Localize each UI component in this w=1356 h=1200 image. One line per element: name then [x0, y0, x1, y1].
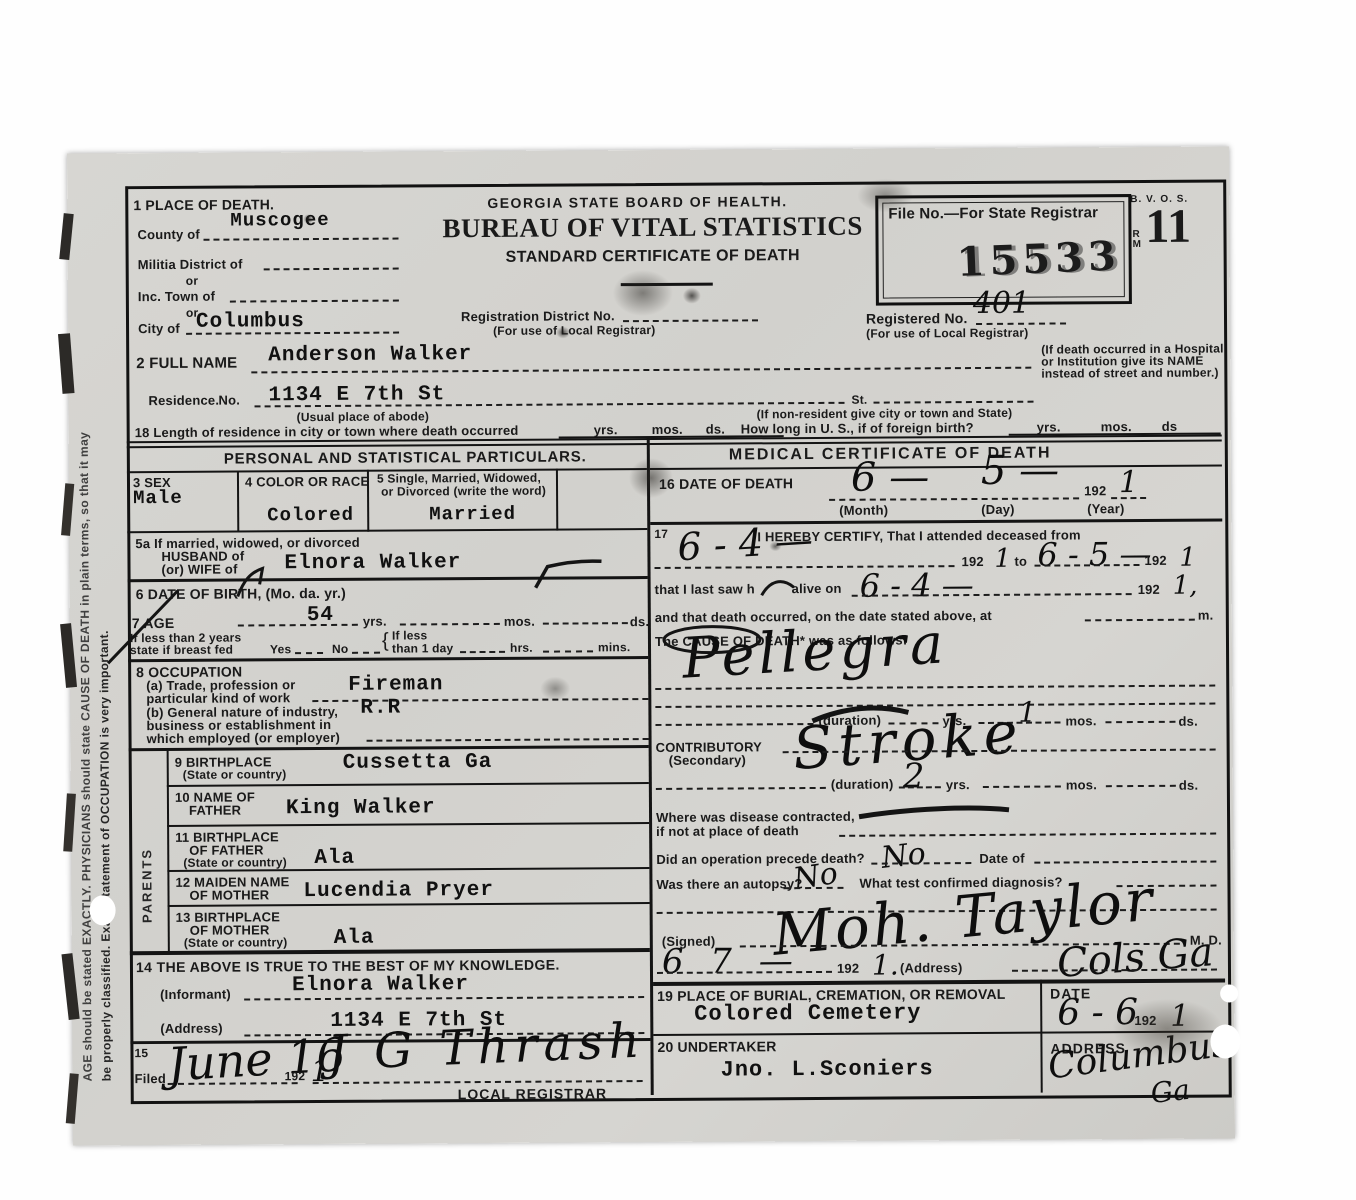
st-label: St. — [851, 393, 867, 407]
s15-num: 15 — [134, 1046, 148, 1060]
burial-date-hand: 6 - 6 — [1057, 992, 1138, 1033]
full-name-label: 2 FULL NAME — [136, 355, 237, 373]
paper-tear — [1220, 984, 1238, 1002]
registration-district-label: Registration District No. — [461, 308, 615, 324]
age-yrs-label: yrs. — [363, 614, 387, 629]
where-line2: if not at place of death — [656, 823, 799, 839]
occ-b-value: R.R — [360, 697, 401, 720]
edge-mark — [60, 623, 77, 688]
age-ds-label: ds. — [630, 614, 649, 629]
row18-ds: ds. — [706, 422, 725, 437]
file-no-label: File No.—For State Registrar — [888, 204, 1098, 222]
standard-title: STANDARD CERTIFICATE OF DEATH — [506, 247, 800, 267]
s20-label: 20 UNDERTAKER — [657, 1038, 776, 1055]
row18-yrs: yrs. — [594, 422, 618, 437]
county-label: County of — [137, 227, 200, 242]
occ-b-line3: which employed (or employer) — [147, 730, 341, 746]
p9-value: Cussetta Ga — [343, 751, 493, 775]
row18-mos: mos. — [652, 422, 683, 437]
residence-no-label: No. — [218, 393, 240, 408]
margin-note-inner: be properly classified. Exact statement … — [94, 201, 113, 1081]
ifless-line2: than 1 day — [392, 641, 453, 655]
lastsaw-year-print: 192 — [1138, 582, 1160, 597]
dur2-ds-label: ds. — [1179, 778, 1198, 793]
p10-label2: FATHER — [189, 803, 241, 818]
registered-no-label: Registered No. — [866, 310, 968, 327]
undertaker-address-line2: Ga — [1149, 1073, 1191, 1110]
residence-label: Residence. — [148, 393, 219, 408]
s16-label: 16 DATE OF DEATH — [659, 475, 793, 492]
or-label-1: or — [186, 274, 198, 288]
to-year-hand: 1 — [1179, 543, 1196, 573]
death-month-hand: 6 — — [851, 454, 929, 500]
p13-label3: (State or country) — [184, 935, 288, 950]
dur2-mos-label: mos. — [1066, 777, 1097, 792]
s5a-line3: (or) WIFE of — [161, 562, 237, 577]
paper-tear — [1210, 1024, 1240, 1058]
sign-date-hand: 6 7 — — [662, 941, 801, 982]
edge-mark — [61, 953, 79, 1020]
abode-note: (Usual place of abode) — [297, 409, 430, 424]
city-label: City of — [138, 321, 180, 336]
howlong-mos: mos. — [1101, 419, 1132, 434]
breastfed-yes-label: Yes — [270, 642, 291, 656]
burial-year-print: 192 — [1134, 1013, 1156, 1028]
from-year-hand: 1 — [994, 544, 1011, 574]
breastfed-line2: state if breast fed — [130, 643, 233, 658]
inc-town-label: Inc. Town of — [138, 289, 215, 304]
county-value: Muscogee — [230, 209, 329, 232]
edge-mark — [63, 793, 76, 851]
file-no-stamp: 15533 — [956, 232, 1122, 286]
death-day-hand: 5 — — [981, 448, 1059, 494]
nonresident-note: (If non-resident give city or town and S… — [757, 406, 1013, 422]
p11-value: Ala — [314, 847, 355, 870]
parents-label: PARENTS — [139, 763, 155, 923]
dur2-yrs-label: yrs. — [946, 777, 970, 792]
edge-mark — [58, 333, 75, 394]
age-label: 7 AGE — [132, 615, 175, 631]
age-mos-label: mos. — [504, 614, 535, 629]
filed-label: Filed — [135, 1071, 166, 1086]
sex-value: Male — [133, 487, 183, 509]
dur1-ds-label: ds. — [1178, 714, 1197, 729]
edge-mark — [66, 1073, 79, 1124]
attended-to-hand: 6 - 5 — — [1037, 535, 1151, 574]
informant-label: (Informant) — [160, 987, 231, 1002]
breastfed-no-label: No — [332, 642, 348, 656]
lastsaw-label: that I last saw h — [655, 581, 755, 597]
lastsaw-date-hand: 6 - 4 — — [860, 566, 974, 605]
to-label: to — [1014, 554, 1027, 569]
hrs-label: hrs. — [510, 641, 533, 655]
autopsy-label: Was there an autopsy? — [656, 876, 802, 892]
dur1-mos-label: mos. — [1065, 713, 1096, 728]
death-year-hand: 1 — [1119, 465, 1138, 500]
occ-a-value: Fireman — [348, 673, 443, 697]
mins-label: mins. — [598, 640, 630, 654]
row18-label: 18 Length of residence in city or town w… — [135, 423, 519, 440]
p12-label2: OF MOTHER — [189, 887, 269, 902]
militia-district-label: Militia District of — [138, 256, 243, 272]
sign-year-print: 192 — [837, 961, 859, 976]
year-caption: (Year) — [1087, 501, 1124, 516]
registration-district-note: (For use of Local Registrar) — [493, 323, 655, 338]
howlong-yrs: yrs. — [1037, 419, 1061, 434]
death-year-print: 192 — [1084, 483, 1106, 498]
color-race-label: 4 COLOR OR RACE — [245, 474, 369, 490]
brace-glyph: { — [382, 630, 389, 653]
m-label: m. — [1198, 608, 1214, 623]
contrib-duration-yrs-hand: 2 — [903, 756, 925, 796]
attended-from-hand: 6 - 4 — — [676, 518, 814, 570]
local-registrar-label: LOCAL REGISTRAR — [458, 1085, 607, 1102]
form-letter-m: M — [1133, 239, 1142, 250]
howlong-label: How long in U. S., if of foreign birth? — [741, 420, 974, 436]
burial-value: Colored Cemetery — [694, 1000, 921, 1026]
p9-label2: (State or country) — [183, 767, 287, 782]
autopsy-value-hand: No — [791, 856, 840, 897]
board-title: GEORGIA STATE BOARD OF HEALTH. — [487, 193, 787, 211]
edge-mark — [61, 483, 74, 536]
to-year-print: 192 — [1144, 553, 1166, 568]
month-caption: (Month) — [839, 503, 888, 518]
edge-mark — [59, 213, 73, 260]
p11-label3: (State or country) — [183, 855, 287, 870]
marital-value: Married — [429, 503, 516, 526]
full-name-value: Anderson Walker — [268, 343, 472, 367]
scanned-death-certificate: AGE should be stated EXACTLY. PHYSICIANS… — [0, 0, 1356, 1200]
p12-value: Lucendia Pryer — [303, 879, 494, 903]
sign-year-hand: 1. — [872, 948, 899, 981]
certificate-paper: AGE should be stated EXACTLY. PHYSICIANS… — [67, 146, 1235, 1145]
dateof-label: Date of — [979, 851, 1025, 866]
informant-address-label: (Address) — [160, 1021, 223, 1036]
p13-value: Ala — [334, 927, 375, 950]
spouse-value: Elnora Walker — [284, 551, 461, 575]
sign-address-label: (Address) — [900, 960, 963, 975]
paper-hole — [90, 895, 116, 925]
alive-label: alive on — [792, 581, 842, 596]
marital-label-2: or Divorced (write the word) — [381, 484, 546, 499]
undertaker-value: Jno. L.Sconiers — [721, 1056, 934, 1082]
hospital-note: (If death occurred in a Hospital or Inst… — [1041, 342, 1229, 379]
secondary-label: (Secondary) — [669, 752, 746, 767]
day-caption: (Day) — [981, 502, 1015, 517]
registered-no-value: 401 — [973, 286, 1030, 321]
filed-year-print: 192 — [285, 1069, 306, 1083]
s14-title: 14 THE ABOVE IS TRUE TO THE BEST OF MY K… — [136, 957, 560, 976]
s17-num: 17 — [654, 527, 668, 541]
duration-label-2: (duration) — [831, 777, 894, 792]
informant-value: Elnora Walker — [292, 973, 469, 997]
margin-note-outer: AGE should be stated EXACTLY. PHYSICIANS… — [75, 201, 94, 1081]
dob-label: 6 DATE OF BIRTH, (Mo. da. yr.) — [136, 585, 346, 602]
lastsaw-year-hand: 1, — [1173, 571, 1198, 601]
registered-no-note: (For use of Local Registrar) — [866, 326, 1028, 341]
personal-section-title: PERSONAL AND STATISTICAL PARTICULARS. — [224, 448, 587, 467]
form-number: 11 — [1145, 199, 1191, 254]
operation-value-hand: No — [879, 836, 927, 876]
color-race-value: Colored — [267, 504, 354, 527]
city-value: Columbus — [196, 310, 305, 334]
p10-value: King Walker — [286, 796, 436, 820]
bureau-title: BUREAU OF VITAL STATISTICS — [442, 211, 863, 245]
howlong-ds: ds — [1162, 419, 1178, 434]
